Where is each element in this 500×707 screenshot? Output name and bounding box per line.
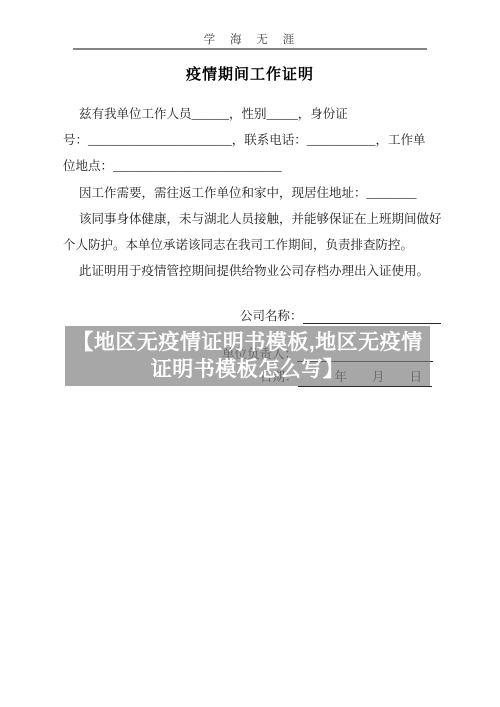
document-title: 疫情期间工作证明 xyxy=(0,63,500,84)
body-line: 此证明用于疫情管控期间提供给物业公司存档办理出入证使用。 xyxy=(63,258,443,284)
header-divider xyxy=(73,48,427,50)
body-line: 号：_______________________，联系电话：_________… xyxy=(63,127,443,153)
watermark-line: 证明书模板怎么写】 xyxy=(65,356,430,383)
body-line: 位地点：___________________________ xyxy=(63,153,443,179)
company-name-label: 公司名称： xyxy=(240,309,303,323)
company-name-row: 公司名称： xyxy=(240,306,441,324)
document-body: 兹有我单位工作人员______，性别_____，身份证 号：__________… xyxy=(63,101,443,284)
body-line: 该同事身体健康，未与湖北人员接触，并能够保证在上班期间做好 xyxy=(63,206,443,232)
body-line: 因工作需要，需往返工作单位和家中，现居住地址：________ xyxy=(63,180,443,206)
watermark-overlay: 【地区无疫情证明书模板,地区无疫情 证明书模板怎么写】 xyxy=(65,326,430,386)
company-name-field xyxy=(303,309,441,324)
body-line: 个人防护。本单位承诺该同志在我司工作期间，负责排查防控。 xyxy=(63,232,443,258)
document-page: 学 海 无 涯 疫情期间工作证明 兹有我单位工作人员______，性别_____… xyxy=(0,0,500,707)
header-motto: 学 海 无 涯 xyxy=(0,31,500,47)
watermark-line: 【地区无疫情证明书模板,地区无疫情 xyxy=(65,329,430,356)
body-line: 兹有我单位工作人员______，性别_____，身份证 xyxy=(63,101,443,127)
